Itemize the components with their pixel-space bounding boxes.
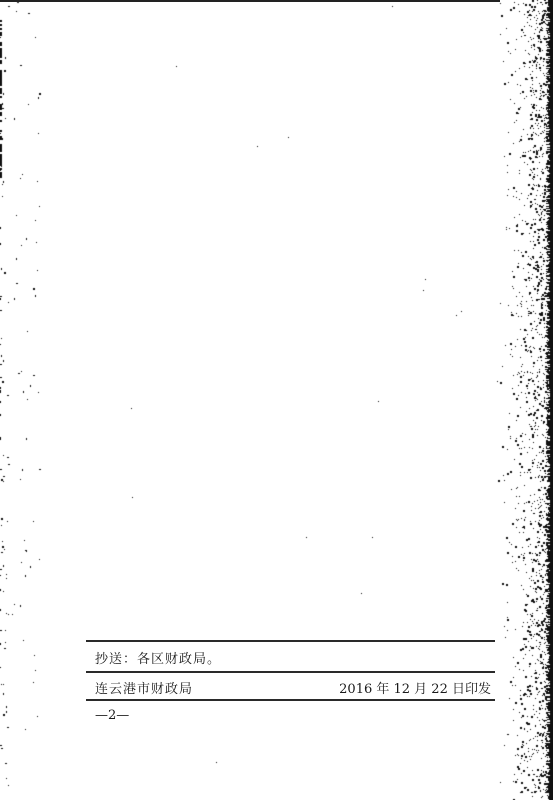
footer-rule-middle (86, 671, 495, 673)
footer-rule-bottom (86, 699, 495, 701)
cc-label: 抄送： (95, 652, 137, 667)
page-number: —2— (95, 708, 129, 723)
issuer: 连云港市财政局 (95, 678, 193, 697)
scan-top-edge (0, 0, 500, 2)
footer-rule-top (86, 640, 495, 642)
cc-line: 抄送：各区财政局。 (95, 648, 221, 667)
cc-recipients: 各区财政局。 (137, 652, 221, 667)
issue-date: 2016 年 12 月 22 日印发 (339, 678, 491, 697)
document-page: 抄送：各区财政局。 连云港市财政局 2016 年 12 月 22 日印发 —2— (0, 0, 553, 800)
